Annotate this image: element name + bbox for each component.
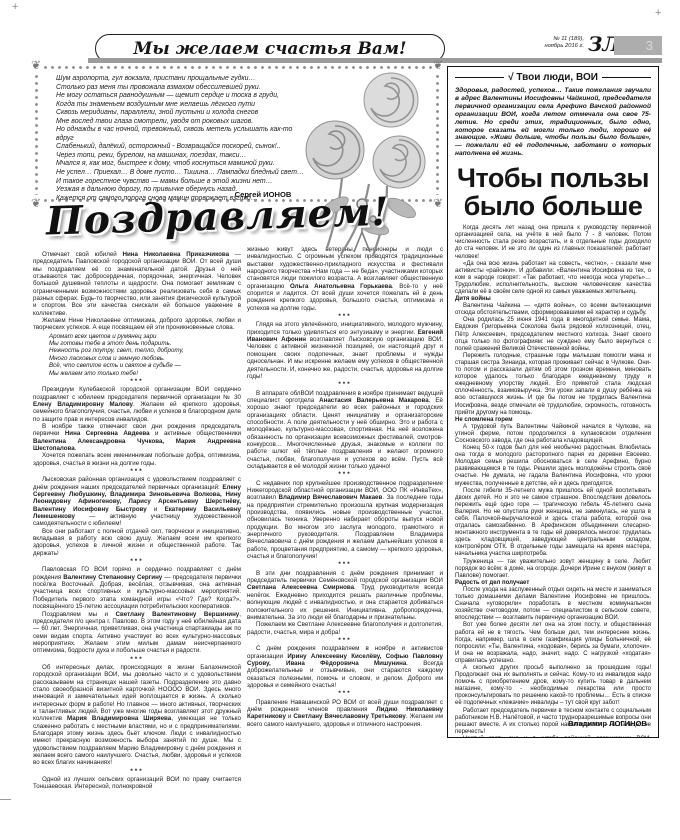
paragraph: А сколько других просьб выполнено за про…: [455, 665, 651, 708]
paragraph: Президиум Кулебакской городской организа…: [33, 386, 241, 423]
paragraph: После гибели 35-летнего мужа пришлось ей…: [455, 488, 651, 559]
paragraph: Она родилась 25 июня 1941 года в многоде…: [455, 317, 651, 352]
cherub-ornament-icon: ❦: [31, 198, 41, 208]
paragraph: ***: [247, 381, 443, 388]
page-number-badge: 3: [614, 36, 662, 55]
paragraph: Вот уже более десяти лет она на этом пос…: [455, 622, 651, 665]
poem-line: Слабенький, далёкий, осторожный - Возвра…: [56, 143, 308, 152]
paragraph: В аппарате облВОИ поздравления в ноябре …: [247, 390, 443, 471]
paragraph: Валентина Чайкина — «дитя войны», со все…: [455, 303, 651, 317]
paragraph: ***: [33, 378, 241, 385]
poem-line: И такое горестное чувство — мамы больше …: [56, 178, 308, 187]
poem-line: Столько раз меня ты провожала взмахом об…: [56, 84, 308, 93]
paragraph: ***: [33, 468, 241, 475]
issue-date: ноябрь 2016 г.: [512, 43, 584, 50]
paragraph: Пожелаем же Светлане Алексеевне благопол…: [247, 621, 443, 636]
issue-number: № 11 (189),: [512, 36, 584, 43]
paragraph: ***: [247, 637, 443, 644]
check-icon: √: [508, 72, 514, 83]
crop-mark-top-right: +: [655, 7, 661, 19]
header-rule: [88, 58, 662, 63]
article-body: Когда десять лет назад она пришла к руко…: [455, 225, 651, 738]
paragraph: ***: [247, 313, 443, 320]
paragraph: Когда десять лет назад она пришла к руко…: [455, 225, 651, 260]
congrats-column-left: Отмечает свой юбилей Нина Николаевна При…: [33, 251, 241, 803]
congrats-headline: Поздравляем!: [45, 190, 366, 245]
paragraph: Глядя на этого увлечённого, инициативног…: [247, 321, 443, 380]
poem-line: Когда ты знаменьем воздушным мне желаешь…: [56, 101, 308, 110]
congrats-column-middle: жизнью живут здесь ветераны, пенсионеры …: [247, 246, 443, 822]
paragraph: Аромат всех цветов и румянец зариМы гото…: [33, 333, 241, 377]
paragraph: Отмечает свой юбилей Нина Николаевна При…: [33, 251, 241, 317]
paragraph: Хочется пожелать всем именинникам поболь…: [33, 452, 241, 467]
article-section-header: √ Твои люди, ВОИ: [455, 72, 651, 83]
paragraph: А трудовой путь Валентины Чайкиной начал…: [455, 424, 651, 445]
crop-mark-top-left: +: [12, 1, 18, 13]
paragraph: С недавних пор крупнейшее производственн…: [247, 480, 443, 561]
paragraph: Пережить голодные, страшные годы малышам…: [455, 353, 651, 417]
paragraph: Павловская ГО ВОИ горячо и сердечно позд…: [33, 566, 241, 610]
poem-line: Сквозь меридианы, параллели, зной пустын…: [56, 109, 308, 118]
crop-mark-bottom-left: [0, 799, 11, 800]
paragraph: ***: [33, 656, 241, 663]
paragraph: ***: [33, 558, 241, 565]
paragraph: Труженица — так уважительно зовут женщин…: [455, 559, 651, 580]
paragraph: Одной из лучших сельских организаций ВОИ…: [33, 776, 241, 791]
newspaper-page: + + Мы желаем счастья Вам! № 11 (189), н…: [0, 0, 680, 840]
poem-line: Не могу остаться равнодушным — щемит сер…: [56, 92, 308, 101]
article-author: Владимир ЛОГИНОВ: [568, 719, 647, 728]
paragraph: Желаем Нине Николаевне оптимизма, доброг…: [33, 317, 241, 332]
paragraph: Лысковская районная организация с удовол…: [33, 476, 241, 527]
paragraph: Не сломлена горем: [455, 417, 651, 424]
article-box: √ Твои люди, ВОИ Здоровья, радостей, усп…: [447, 66, 659, 738]
article-headline: Чтобы пользы было больше: [455, 165, 651, 220]
cherub-ornament-icon: ❦: [31, 60, 41, 70]
section-label-text: Твои люди, ВОИ: [516, 72, 598, 83]
paragraph: ***: [247, 690, 443, 697]
section-rule-right: [602, 77, 651, 78]
issue-info: № 11 (189), ноябрь 2016 г.: [512, 36, 584, 50]
page-number: 3: [646, 38, 653, 53]
paragraph: С днём рождения поздравляем в ноябре и а…: [247, 645, 443, 689]
section-label: √ Твои люди, ВОИ: [508, 72, 598, 83]
paragraph: В эти дни поздравления с днём рождения п…: [247, 570, 443, 621]
article-lead: Здоровья, радостей, успехов… Такие пожел…: [455, 87, 651, 158]
paragraph: ***: [247, 561, 443, 568]
paragraph: Об интересных делах, происходящих в жизн…: [33, 664, 241, 767]
paragraph: ***: [33, 768, 241, 775]
paragraph: Правление Навашинской РО ВОИ от всей душ…: [247, 699, 443, 728]
paragraph: Радость от дел получает: [455, 580, 651, 587]
paragraph: Поздравляем мы и Светлану Валентиновну В…: [33, 611, 241, 655]
paragraph: Частый гость она и в штабе районной орга…: [455, 736, 651, 738]
paragraph: Все они работают с полной отдачей сил, т…: [33, 528, 241, 557]
paragraph: ***: [247, 471, 443, 478]
poem-line: Не успел… Приехал… В доме пусто… Тишина……: [56, 169, 308, 178]
poem-line: Шум аэропорта, гул вокзала, пристани про…: [56, 75, 308, 84]
poem-line: Мчался я, как мог, быстрее к дому, чтоб …: [56, 160, 308, 169]
poem-line: Но однажды в час ночной, тревожный, скво…: [56, 126, 308, 143]
poem-line: Мне вослед твои глаза смотрели, уводя от…: [56, 118, 308, 127]
poem-text: Шум аэропорта, гул вокзала, пристани про…: [56, 75, 308, 203]
section-rule-left: [455, 77, 504, 78]
paragraph: В ноябре также отмечают свои дни рождени…: [33, 423, 241, 452]
paragraph: Конец 50-х годов был для неё необычно ра…: [455, 445, 651, 488]
ornament-border-left: [33, 73, 40, 195]
paragraph: «Да она всю жизнь работает на совесть, ч…: [455, 261, 651, 296]
paragraph: После ухода на заслуженный отдых сидеть …: [455, 587, 651, 622]
page-slogan-text: Мы желаем счастья Вам!: [134, 39, 407, 59]
